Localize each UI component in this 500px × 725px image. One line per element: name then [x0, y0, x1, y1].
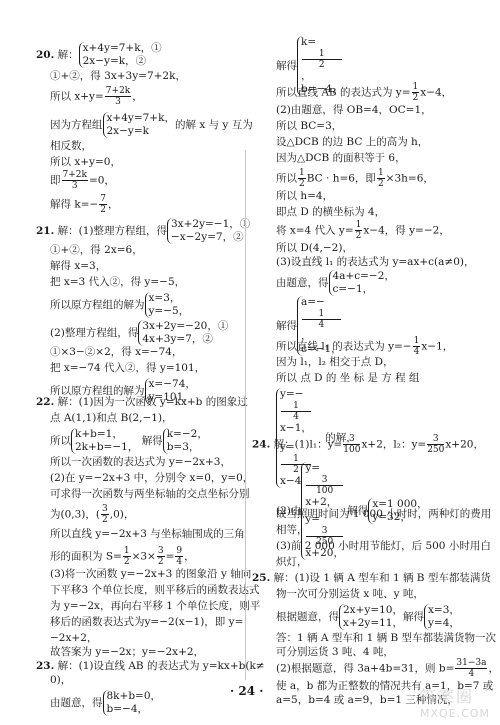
numerator: 31−3a — [455, 658, 487, 669]
text-line: (2)在 y=−2x+3 中，分别令 x=0，y=0， — [50, 472, 253, 485]
text: 由题意，得 — [50, 697, 103, 709]
text-line: ①×3−②×2，得 x=−74， — [50, 346, 182, 359]
numerator: 1 — [298, 168, 306, 179]
fraction: 72 — [99, 194, 107, 215]
page-number: · 24 · — [230, 684, 263, 698]
column-divider — [245, 150, 246, 680]
numerator: 3 — [343, 434, 360, 445]
text-line: 把 x=3 代入②，得 y=−5， — [50, 276, 185, 289]
text-line: 所以 D(4,−2)， — [276, 242, 353, 255]
text: = — [166, 551, 175, 563]
fraction: 12 — [355, 220, 363, 241]
text-line: (2)根据题意，得 3a+4b=31，则 b=31−3a4， — [276, 658, 499, 679]
text: 因为方程组 — [50, 119, 103, 131]
text-line: 故当照明时间为 1 000 小时时，两种灯的费用 — [276, 508, 491, 521]
text-line: 物一次可分别运货 x 吨、y 吨， — [276, 588, 424, 601]
text-line: 所以12BC · h=6，即12×3h=6， — [276, 168, 434, 189]
equation-system: x+4y=7+k，2x−y=k — [103, 112, 175, 138]
text: BC · h=6，即 — [307, 173, 376, 185]
q23-header: 23. 解：(1)设直线 AB 的表达式为 y=kx+b(k≠ — [36, 660, 265, 673]
watermark-logo: 答案圈 MXQE.COM — [420, 684, 490, 720]
text-line: 相等， — [276, 524, 308, 537]
denominator: 2 — [123, 557, 131, 567]
text-line: 因为△DCB 的面积等于 6， — [276, 152, 406, 165]
fraction: 7+2k3 — [105, 86, 131, 107]
equation: 4a+c=−2， — [333, 270, 395, 283]
text-line: 将 x=4 代入 y=12x−4，得 y=−2， — [276, 220, 450, 241]
equation: b=3， — [167, 441, 208, 454]
text-line: 所以直线 l₁ 的表达式为 y=−14x−1， — [276, 336, 453, 357]
equation-system: 2x+y=10，x+2y=11， — [339, 604, 403, 630]
text: 将 x=4 代入 y= — [276, 225, 354, 237]
equation: y=4， — [428, 617, 460, 630]
numerator: 1 — [355, 220, 363, 231]
equation: 8k+b=0， — [107, 690, 162, 703]
text-line: 把 x=−74 代入②，得 y=101， — [50, 362, 205, 375]
text: 所以直线 l₁ 的表达式为 y=− — [276, 341, 412, 353]
denominator: 2 — [355, 231, 363, 241]
equation: −x−2y=7，② — [171, 231, 250, 244]
answer-key-page: 20. 解：x+4y=7+k，①2x−y=k，② ①+②，得 3x+3y=7+2… — [0, 0, 500, 725]
text: ×3× — [132, 551, 156, 563]
text-line: 根据题意，得2x+y=10，x+2y=11，解得x=3，y=4， — [276, 604, 460, 630]
question-number: 22. — [36, 396, 54, 408]
fraction: 12 — [302, 49, 342, 70]
numerator: 3 — [427, 434, 444, 445]
numerator: 7+2k — [62, 170, 88, 181]
denominator: 3 — [62, 181, 88, 191]
text: 为(0,3)，( — [50, 509, 100, 521]
text: 所以 x+y= — [50, 91, 104, 103]
equation: k=12， — [301, 36, 343, 83]
denominator: 100 — [306, 486, 343, 496]
text: (2)根据题意，得 3a+4b=31，则 b= — [276, 663, 454, 675]
denominator: 2 — [298, 179, 306, 189]
q24-header: 24. 解：(1)l₁：y=3100x+2，l₂：y=3250x+20， — [252, 434, 484, 455]
q25-header: 25. 解：(1)设 1 辆 A 型车和 1 辆 B 型车都装满货 — [252, 572, 491, 585]
text-line: 所以 x+y=7+2k3， — [50, 86, 143, 107]
text-line: ①+②，得 2x=6， — [50, 244, 143, 257]
equation-system: x+4y=7+k，①2x−y=k，② — [79, 42, 162, 68]
fraction: 32 — [101, 504, 109, 525]
fraction: 12 — [412, 82, 420, 103]
text-line: (3)前 2 000 小时用节能灯，后 500 小时用白 — [276, 540, 491, 553]
equation: x=3， — [149, 292, 190, 305]
equation: 2x+y=10， — [343, 604, 403, 617]
text-line: 故答案为 y=−2x；y=−2x+2， — [50, 646, 204, 659]
text: 解得 — [276, 60, 297, 72]
text: x−4，得 y=−2， — [363, 225, 449, 237]
denominator: 3 — [105, 97, 131, 107]
solution-lead: 解：(1)设直线 AB 的表达式为 y=kx+b(k≠ — [58, 660, 265, 672]
text-line: 所以直线 AB 的表达式为 y=12x−4， — [276, 82, 452, 103]
solution-lead: 解： — [58, 49, 79, 61]
text-line: 所以 点 D 的 坐 标 是 方 程 组 — [276, 372, 419, 385]
text: ， — [488, 663, 499, 675]
numerator: 1 — [413, 336, 421, 347]
text-line: 由题意，得8k+b=0，b=−4， — [50, 690, 161, 716]
equation: k+b=1， — [75, 428, 138, 441]
text: x−1， — [421, 341, 453, 353]
solution-lead: 解：(1)设 1 辆 A 型车和 1 辆 B 型车都装满货 — [274, 572, 491, 584]
solution-lead: 解：(1)因为一次函数 y=kx+b 的图象过 — [58, 396, 248, 408]
text-line: 由题意，得4a+c=−2，c=−1， — [276, 270, 395, 296]
numerator: 1 — [412, 82, 420, 93]
fraction: 3100 — [306, 475, 343, 496]
equation: x+4y=7+k， — [107, 112, 175, 125]
text: ， — [108, 199, 119, 211]
numerator: 9 — [175, 546, 183, 557]
text-line: (2)整理方程组，得3x+2y=−20，①4x+3y=7，② — [50, 320, 228, 346]
fraction: 31−3a4 — [455, 658, 487, 679]
text-line: 所以一次函数的表达式为 y=−2x+3， — [50, 456, 231, 469]
question-number: 21. — [36, 225, 54, 237]
text: ， — [184, 551, 195, 563]
equation: 2x−y=k — [107, 125, 175, 138]
equation-system: 8k+b=0，b=−4， — [103, 690, 162, 716]
fraction: 3100 — [343, 434, 360, 455]
watermark-url: MXQE.COM — [420, 707, 490, 720]
text: k= — [301, 36, 343, 49]
equation: x=−74， — [149, 378, 196, 391]
text-line: 即点 D 的横坐标为 4， — [276, 206, 385, 219]
denominator: 100 — [343, 445, 360, 455]
text: a=− — [301, 296, 342, 309]
text-line: 解得 x=3， — [50, 260, 106, 273]
numerator: 3 — [306, 475, 343, 486]
text-line: 为(0,3)，(32,0)， — [50, 504, 134, 525]
equation-system: 4a+c=−2，c=−1， — [329, 270, 395, 296]
fraction: 14 — [281, 401, 311, 422]
question-number: 20. — [36, 49, 54, 61]
text: ， — [132, 91, 143, 103]
text: ×3h=6， — [386, 173, 434, 185]
text-line: 所以原方程组的解为x=3，y=−5， — [50, 292, 189, 318]
text: 形的面积为 S= — [50, 551, 122, 563]
text-line: 答：1 辆 A 型车和 1 辆 B 型车都装满货物一次 — [276, 632, 496, 645]
text-line: (3)将一次函数 y=−2x+3 的图象沿 y 轴向 — [50, 568, 251, 581]
numerator: 1 — [302, 49, 342, 60]
fraction: 14 — [302, 309, 341, 330]
text: 解得 — [142, 435, 163, 447]
text: 解得 — [403, 611, 424, 623]
fraction: 14 — [413, 336, 421, 357]
equation-system: 3x+2y=−1，①−x−2y=7，② — [167, 218, 250, 244]
fraction: 12 — [123, 546, 131, 567]
text: 所以 — [276, 173, 297, 185]
fraction: 12 — [377, 168, 385, 189]
equation-system: x=3，y=−5， — [145, 292, 190, 318]
text-line: 所以 BC=3， — [276, 120, 342, 133]
numerator: 3 — [157, 546, 165, 557]
denominator: 2 — [412, 93, 420, 103]
text-line: (2)由题意，得 OB=4，OC=1， — [276, 104, 432, 117]
fraction: 7+2k3 — [62, 170, 88, 191]
fraction: 32 — [157, 546, 165, 567]
equation-system: x=3，y=4， — [424, 604, 460, 630]
denominator: 2 — [99, 205, 107, 215]
denominator: 4 — [413, 347, 421, 357]
numerator: 1 — [123, 546, 131, 557]
text: 根据题意，得 — [276, 611, 339, 623]
text-line: ①+②，得 3x+3y=7+2k， — [50, 70, 186, 83]
text: x+20， — [445, 439, 484, 451]
numerator: 1 — [281, 401, 311, 412]
equation: x+2y=11， — [343, 617, 403, 630]
numerator: 1 — [377, 168, 385, 179]
fraction: 12 — [298, 168, 306, 189]
text: ,0)， — [110, 509, 135, 521]
text: 所以原方程组的解为 — [50, 299, 145, 311]
solution-lead: 解：(1)整理方程组，得 — [58, 225, 167, 237]
text-line: 可求得一次函数与两坐标轴的交点坐标分别 — [50, 488, 250, 501]
equation: 3x+2y=−1，① — [171, 218, 250, 231]
text: (2)整理方程组，得 — [50, 327, 138, 339]
text-line: 0)， — [50, 674, 71, 687]
text: 解得 k=− — [50, 199, 98, 211]
fraction: 94 — [175, 546, 183, 567]
q22-header: 22. 解：(1)因为一次函数 y=kx+b 的图象过 — [36, 396, 248, 409]
text-line: −2x+2， — [50, 632, 97, 645]
q21-header: 21. 解：(1)整理方程组，得3x+2y=−1，①−x−2y=7，② — [36, 218, 250, 244]
text-line: 所以k+b=1，2k+b=−1， 解得k=−2，b=3， — [50, 428, 208, 454]
text-line: 所以 x+y=0， — [50, 156, 121, 169]
text-line: 所以 h=4， — [276, 190, 333, 203]
text: x+2，l₂：y= — [361, 439, 426, 451]
text: 所以 — [50, 435, 71, 447]
denominator: 2 — [101, 515, 109, 525]
text-line: 设△DCB 的边 BC 上的高为 h， — [276, 136, 428, 149]
fraction: 3250 — [427, 434, 444, 455]
text-line: 移后的函数表达式为y=−2(x−1)，即 y= — [50, 616, 243, 629]
text-line: 为 y=−2x，再向右平移 1 个单位长度，则平 — [50, 600, 260, 613]
equation: 3x+2y=−20，① — [142, 320, 228, 333]
text: y= — [305, 462, 344, 475]
equation: x+4y=7+k，① — [83, 42, 162, 55]
question-number: 23. — [36, 660, 54, 672]
denominator: 4 — [302, 320, 341, 330]
denominator: 2 — [377, 179, 385, 189]
q20-header: 20. 解：x+4y=7+k，①2x−y=k，② — [36, 42, 162, 68]
numerator: 1 — [302, 309, 341, 320]
equation: x=3， — [428, 604, 460, 617]
denominator: 4 — [175, 557, 183, 567]
equation-system: k=−2，b=3， — [163, 428, 208, 454]
equation-system: k+b=1，2k+b=−1， — [71, 428, 138, 454]
denominator: 4 — [455, 669, 487, 679]
equation: y=−5， — [149, 305, 190, 318]
text-line: (3)设直线 l₁ 的表达式为 y=ax+c(a≠0)， — [276, 256, 474, 269]
equation: c=−1， — [333, 283, 395, 296]
text-line: 因为 l₁，l₂ 相交于点 D， — [276, 356, 394, 369]
equation: 4x+3y=7，② — [142, 333, 228, 346]
text-line: 即7+2k3=0， — [50, 170, 115, 191]
text: 的解 x 与 y 互为 — [175, 119, 253, 131]
numerator: 7 — [99, 194, 107, 205]
equation-system: 3x+2y=−20，①4x+3y=7，② — [138, 320, 228, 346]
numerator: 3 — [101, 504, 109, 515]
denominator: 250 — [427, 445, 444, 455]
question-number: 24. — [252, 439, 270, 451]
watermark-text: 答案圈 — [420, 684, 490, 707]
equation: y=−14x−1， — [280, 388, 312, 435]
text-line: 下平移3 个单位长度，则平移后的函数表达式 — [50, 584, 260, 597]
equation: y=3100x+2， — [305, 462, 344, 509]
denominator: 2 — [157, 557, 165, 567]
denominator: 4 — [281, 412, 311, 422]
text-line: 因为方程组x+4y=7+k，2x−y=k的解 x 与 y 互为 — [50, 112, 253, 138]
equation: k=−2， — [167, 428, 208, 441]
text-line: 点 A(1,1)和点 B(2,−1)， — [50, 412, 173, 425]
text: y=− — [280, 388, 312, 401]
solution-lead: 解：(1)l₁：y= — [274, 439, 343, 451]
text: 所以直线 AB 的表达式为 y= — [276, 87, 411, 99]
equation: b=−4， — [107, 703, 162, 716]
text: 即 — [50, 175, 61, 187]
text-line: 相反数， — [50, 140, 92, 153]
text: x−4， — [420, 87, 452, 99]
equation: 2x−y=k，② — [83, 55, 162, 68]
text: 由题意，得 — [276, 277, 329, 289]
text: 解得 — [276, 320, 297, 332]
denominator: 2 — [302, 60, 342, 70]
numerator: 3 — [306, 526, 343, 537]
text-line: 炽灯， — [276, 556, 308, 569]
text-line: 形的面积为 S=12×3×32=94， — [50, 546, 195, 567]
equation: 2k+b=−1， — [75, 441, 138, 454]
text-line: 所以直线 y=−2x+3 与坐标轴围成的三角 — [50, 528, 245, 541]
text-line: 解得 k=−72， — [50, 194, 119, 215]
text: =0， — [89, 175, 115, 187]
question-number: 25. — [252, 572, 270, 584]
numerator: 7+2k — [105, 86, 131, 97]
